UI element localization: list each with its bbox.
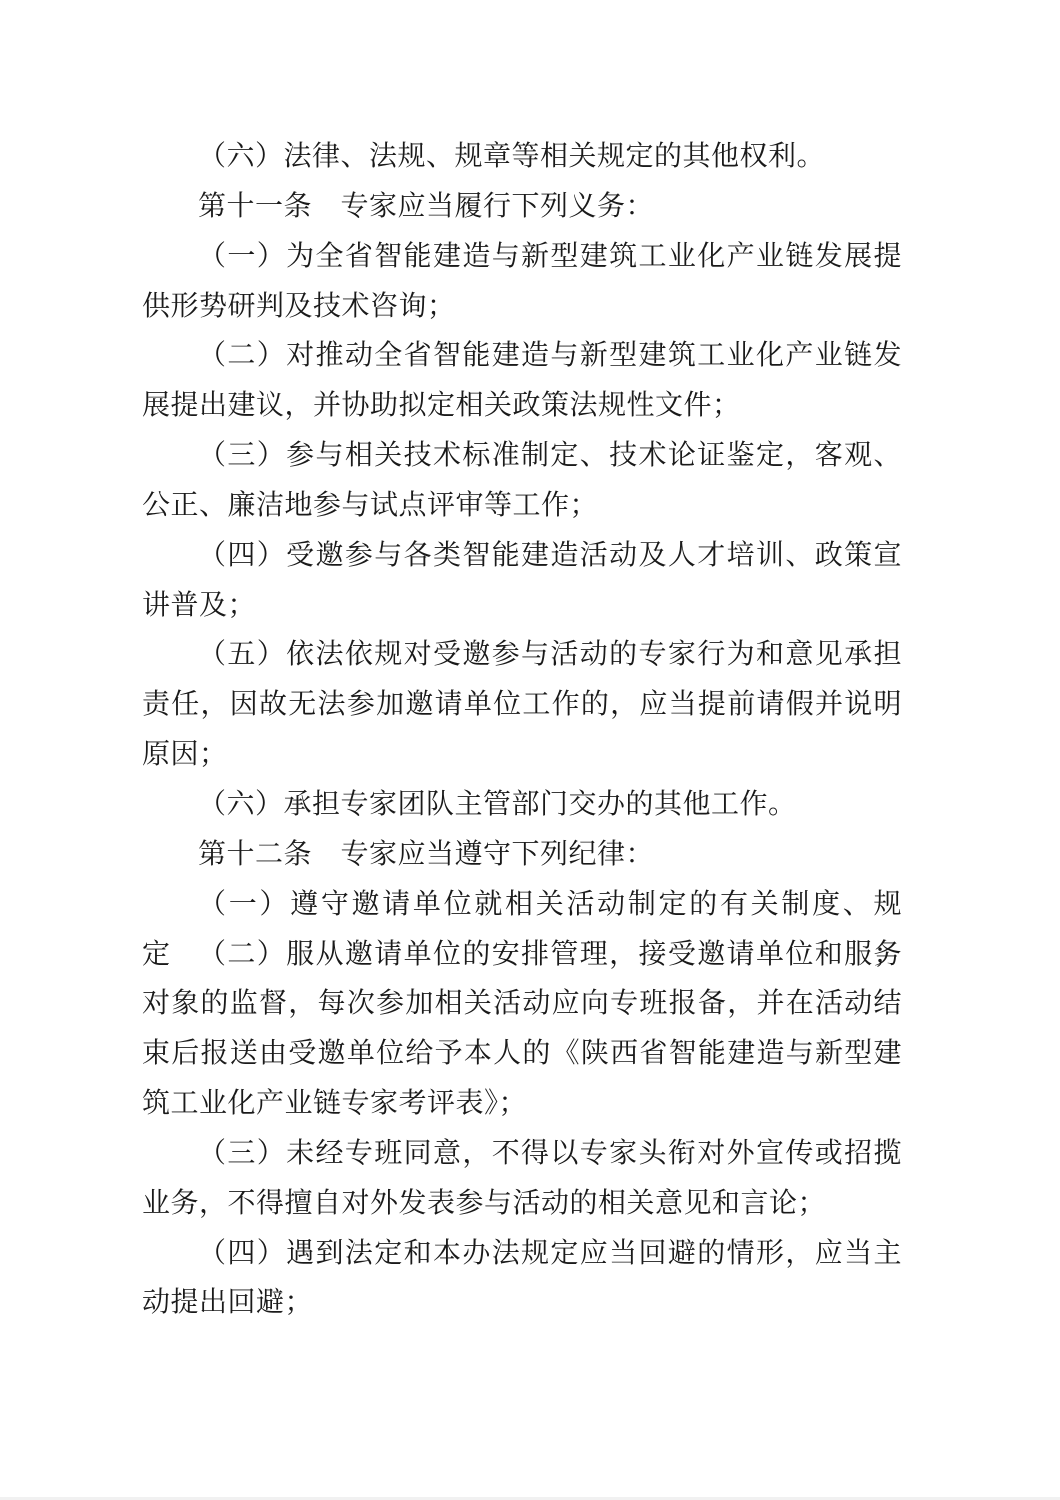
text-line-17: （二）服从邀请单位的安排管理，接受邀请单位和服务 (142, 930, 902, 980)
text-line-5: （二）对推动全省智能建造与新型建筑工业化产业链发 (142, 331, 902, 381)
text-line-23: （四）遇到法定和本办法规定应当回避的情形，应当主 (142, 1229, 902, 1279)
text-line-20: 筑工业化产业链专家考评表》； (142, 1079, 902, 1129)
text-line-11: （五）依法依规对受邀参与活动的专家行为和意见承担 (142, 630, 902, 680)
text-line-22: 业务，不得擅自对外发表参与活动的相关意见和言论； (142, 1179, 902, 1229)
text-line-1: （六）法律、法规、规章等相关规定的其他权利。 (142, 132, 902, 182)
text-line-7: （三）参与相关技术标准制定、技术论证鉴定，客观、 (142, 431, 902, 481)
text-line-3: （一）为全省智能建造与新型建筑工业化产业链发展提 (142, 232, 902, 282)
document-body: （六）法律、法规、规章等相关规定的其他权利。第十一条 专家应当履行下列义务：（一… (142, 132, 902, 1328)
text-line-14: （六）承担专家团队主管部门交办的其他工作。 (142, 780, 902, 830)
text-line-13: 原因； (142, 730, 902, 780)
text-line-19: 束后报送由受邀单位给予本人的《陕西省智能建造与新型建 (142, 1029, 902, 1079)
text-line-10: 讲普及； (142, 581, 902, 631)
text-line-9: （四）受邀参与各类智能建造活动及人才培训、政策宣 (142, 531, 902, 581)
text-line-21: （三）未经专班同意，不得以专家头衔对外宣传或招揽 (142, 1129, 902, 1179)
text-line-15: 第十二条 专家应当遵守下列纪律： (142, 830, 902, 880)
text-line-2: 第十一条 专家应当履行下列义务： (142, 182, 902, 232)
text-line-16: （一）遵守邀请单位就相关活动制定的有关制度、规定； (142, 880, 902, 930)
text-line-4: 供形势研判及技术咨询； (142, 282, 902, 332)
text-line-6: 展提出建议，并协助拟定相关政策法规性文件； (142, 381, 902, 431)
text-line-24: 动提出回避； (142, 1278, 902, 1328)
text-line-12: 责任，因故无法参加邀请单位工作的，应当提前请假并说明 (142, 680, 902, 730)
text-line-8: 公正、廉洁地参与试点评审等工作； (142, 481, 902, 531)
text-line-18: 对象的监督，每次参加相关活动应向专班报备，并在活动结 (142, 979, 902, 1029)
document-page: （六）法律、法规、规章等相关规定的其他权利。第十一条 专家应当履行下列义务：（一… (0, 0, 1060, 1500)
